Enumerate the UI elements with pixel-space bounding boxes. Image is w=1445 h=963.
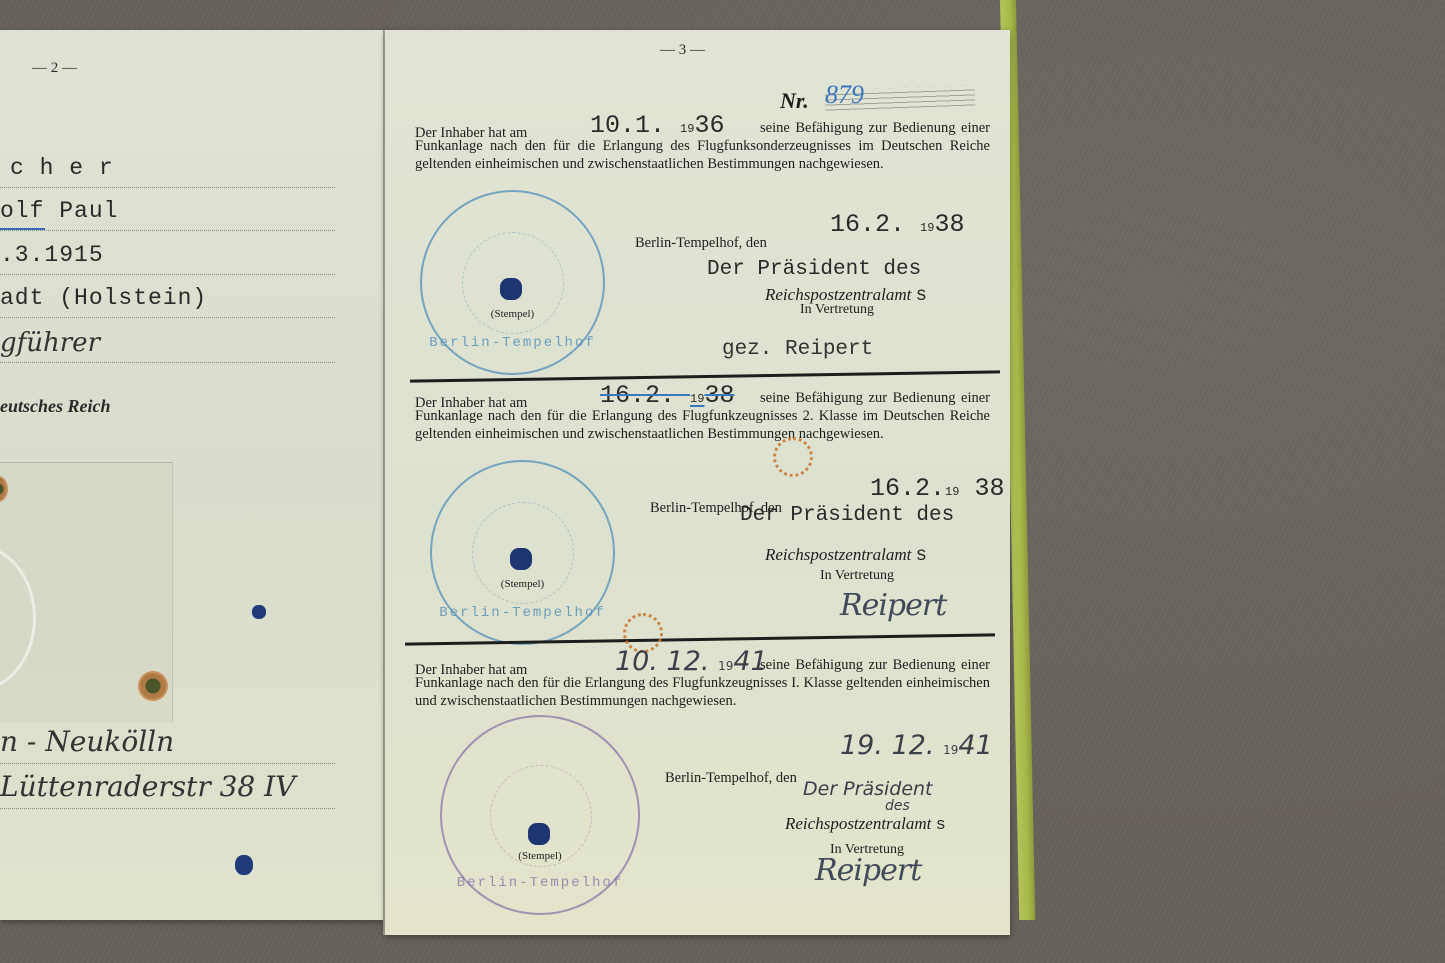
right-page: — 3 — Nr. 879 Der Inhaber hat am 10.1. 1…: [385, 30, 1010, 935]
residence-street-field: Lüttenraderstr 38 IV: [0, 770, 335, 809]
punch-hole: [500, 278, 522, 300]
birthplace-field: adt (Holstein): [0, 285, 335, 318]
punch-hole: [510, 548, 532, 570]
number-label: Nr.: [780, 88, 809, 114]
official-stamp: (Stempel) Berlin-Tempelhof: [430, 460, 615, 645]
page-number-right: — 3 —: [660, 42, 705, 59]
issue-date: 16.2. 1938: [830, 210, 964, 239]
issue-date: 16.2.19 38: [870, 474, 1004, 503]
handwritten-signature: Reipert: [815, 853, 921, 888]
ink-spot: [235, 855, 253, 875]
eyelet-rivet: [140, 673, 166, 699]
ink-spot: [252, 605, 266, 619]
official-stamp: (Stempel) Berlin-Tempelhof: [440, 715, 640, 915]
birth-date-field: .3.1915: [0, 242, 335, 275]
surname-field: c h e r: [0, 155, 335, 188]
rust-mark: [773, 437, 813, 477]
blue-underline: [0, 228, 45, 230]
handwritten-signature: Reipert: [840, 588, 946, 623]
exam-date: 10. 12. 1941: [615, 646, 768, 677]
exam-date: 16.2. 1938: [600, 381, 734, 410]
certificate-number: 879: [825, 80, 864, 110]
occupation-field: gführer: [0, 328, 335, 363]
nationality-text: eutsches Reich: [0, 396, 111, 417]
left-page: — 2 — c h e r olf Paul .3.1915 adt (Hols…: [0, 30, 385, 920]
exam-date: 10.1. 1936: [590, 111, 724, 140]
official-stamp: (Stempel) Berlin-Tempelhof: [420, 190, 605, 375]
issue-date: 19. 12. 1941: [840, 730, 993, 761]
given-name-field: olf Paul: [0, 198, 335, 231]
residence-city-field: n - Neukölln: [0, 725, 335, 764]
page-number-left: — 2 —: [32, 60, 77, 77]
punch-hole: [528, 823, 550, 845]
typed-signature: gez. Reipert: [722, 338, 873, 361]
